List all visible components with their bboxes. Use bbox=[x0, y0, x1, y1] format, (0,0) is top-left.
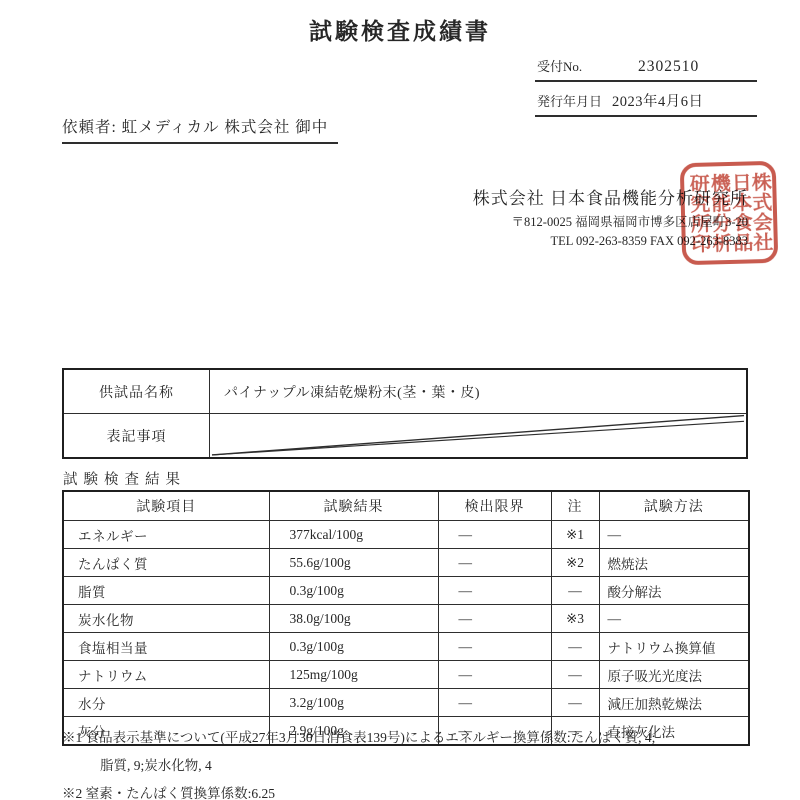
cell-note: — bbox=[551, 577, 599, 605]
cell-method: 減圧加熱乾燥法 bbox=[599, 689, 749, 717]
client-line: 依頼者: 虹メディカル 株式会社 御中 bbox=[62, 115, 338, 144]
issue-date-row: 発行年月日 2023年4月6日 bbox=[535, 88, 757, 117]
header-note: 注 bbox=[551, 491, 599, 521]
header-test-method: 試験方法 bbox=[599, 491, 749, 521]
footnote-2: ※2 窒素・たんぱく質換算係数:6.25 bbox=[62, 787, 655, 800]
cell-item: エネルギー bbox=[63, 521, 269, 549]
seal-column: 機能分析 bbox=[707, 173, 730, 254]
seal-column: 株式会社 bbox=[749, 172, 772, 253]
cell-result: 38.0g/100g bbox=[269, 605, 438, 633]
header-test-item: 試験項目 bbox=[63, 491, 269, 521]
cell-limit: — bbox=[438, 605, 551, 633]
cell-method: ナトリウム換算値 bbox=[599, 633, 749, 661]
sample-name-row: 供試品名称 パイナップル凍結乾燥粉末(茎・葉・皮) bbox=[63, 369, 747, 414]
cell-result: 0.3g/100g bbox=[269, 577, 438, 605]
receipt-no-value: 2302510 bbox=[582, 58, 755, 76]
results-section-label: 試験検査結果 bbox=[63, 468, 186, 489]
labeling-items-label: 表記事項 bbox=[63, 414, 210, 459]
cell-note: ※1 bbox=[551, 521, 599, 549]
receipt-no-row: 受付No. 2302510 bbox=[535, 54, 757, 82]
cell-item: ナトリウム bbox=[63, 661, 269, 689]
sample-info-table: 供試品名称 パイナップル凍結乾燥粉末(茎・葉・皮) 表記事項 bbox=[62, 368, 748, 459]
cell-limit: — bbox=[438, 577, 551, 605]
seal-characters: 株式会社 日本食品 機能分析 研究所印 bbox=[684, 165, 774, 261]
cell-item: 水分 bbox=[63, 689, 269, 717]
cell-note: — bbox=[551, 661, 599, 689]
cell-limit: — bbox=[438, 633, 551, 661]
cell-limit: — bbox=[438, 549, 551, 577]
cell-result: 0.3g/100g bbox=[269, 633, 438, 661]
red-seal-stamp-icon: 株式会社 日本食品 機能分析 研究所印 bbox=[680, 161, 779, 265]
table-row: ナトリウム 125mg/100g — — 原子吸光光度法 bbox=[63, 661, 749, 689]
cell-item: 食塩相当量 bbox=[63, 633, 269, 661]
issue-date-label: 発行年月日 bbox=[537, 91, 602, 110]
cell-result: 125mg/100g bbox=[269, 661, 438, 689]
cell-method: 燃焼法 bbox=[599, 549, 749, 577]
receipt-no-label: 受付No. bbox=[537, 56, 582, 75]
table-row: 炭水化物 38.0g/100g — ※3 — bbox=[63, 605, 749, 633]
page-title: 試験検査成績書 bbox=[0, 13, 800, 46]
diagonal-strikeout bbox=[210, 414, 746, 457]
cell-item: たんぱく質 bbox=[63, 549, 269, 577]
footnote-1-line-1: ※1 食品表示基準について(平成27年3月30日消食表139号)によるエネルギー… bbox=[62, 731, 655, 746]
sample-name-label: 供試品名称 bbox=[63, 369, 210, 414]
certificate-document: 試験検査成績書 受付No. 2302510 発行年月日 2023年4月6日 依頼… bbox=[0, 0, 800, 800]
cell-method: 酸分解法 bbox=[599, 577, 749, 605]
header-test-result: 試験結果 bbox=[269, 491, 438, 521]
footnotes-block: ※1 食品表示基準について(平成27年3月30日消食表139号)によるエネルギー… bbox=[62, 726, 655, 800]
table-row: たんぱく質 55.6g/100g — ※2 燃焼法 bbox=[63, 549, 749, 577]
seal-column: 日本食品 bbox=[728, 172, 751, 253]
issue-date-value: 2023年4月6日 bbox=[612, 90, 704, 111]
table-row: エネルギー 377kcal/100g — ※1 — bbox=[63, 521, 749, 549]
cell-method: 原子吸光光度法 bbox=[599, 661, 749, 689]
cell-note: ※2 bbox=[551, 549, 599, 577]
labeling-items-empty-cell bbox=[210, 414, 748, 459]
test-results-table: 試験項目 試験結果 検出限界 注 試験方法 エネルギー 377kcal/100g… bbox=[62, 490, 750, 746]
cell-note: — bbox=[551, 633, 599, 661]
footnote-1-line-2: 脂質, 9;炭水化物, 4 bbox=[100, 759, 655, 774]
table-row: 水分 3.2g/100g — — 減圧加熱乾燥法 bbox=[63, 689, 749, 717]
header-detection-limit: 検出限界 bbox=[438, 491, 551, 521]
cell-note: ※3 bbox=[551, 605, 599, 633]
cell-item: 炭水化物 bbox=[63, 605, 269, 633]
table-header-row: 試験項目 試験結果 検出限界 注 試験方法 bbox=[63, 491, 749, 521]
cell-limit: — bbox=[438, 689, 551, 717]
seal-column: 研究所印 bbox=[686, 174, 709, 255]
cell-result: 377kcal/100g bbox=[269, 521, 438, 549]
labeling-items-row: 表記事項 bbox=[63, 414, 747, 459]
sample-name-value: パイナップル凍結乾燥粉末(茎・葉・皮) bbox=[210, 369, 748, 414]
table-row: 食塩相当量 0.3g/100g — — ナトリウム換算値 bbox=[63, 633, 749, 661]
cell-note: — bbox=[551, 689, 599, 717]
cell-method: — bbox=[599, 605, 749, 633]
table-row: 脂質 0.3g/100g — — 酸分解法 bbox=[63, 577, 749, 605]
cell-method: — bbox=[599, 521, 749, 549]
cell-result: 3.2g/100g bbox=[269, 689, 438, 717]
cell-result: 55.6g/100g bbox=[269, 549, 438, 577]
receipt-block: 受付No. 2302510 発行年月日 2023年4月6日 bbox=[535, 54, 757, 117]
cell-limit: — bbox=[438, 521, 551, 549]
cell-limit: — bbox=[438, 661, 551, 689]
cell-item: 脂質 bbox=[63, 577, 269, 605]
